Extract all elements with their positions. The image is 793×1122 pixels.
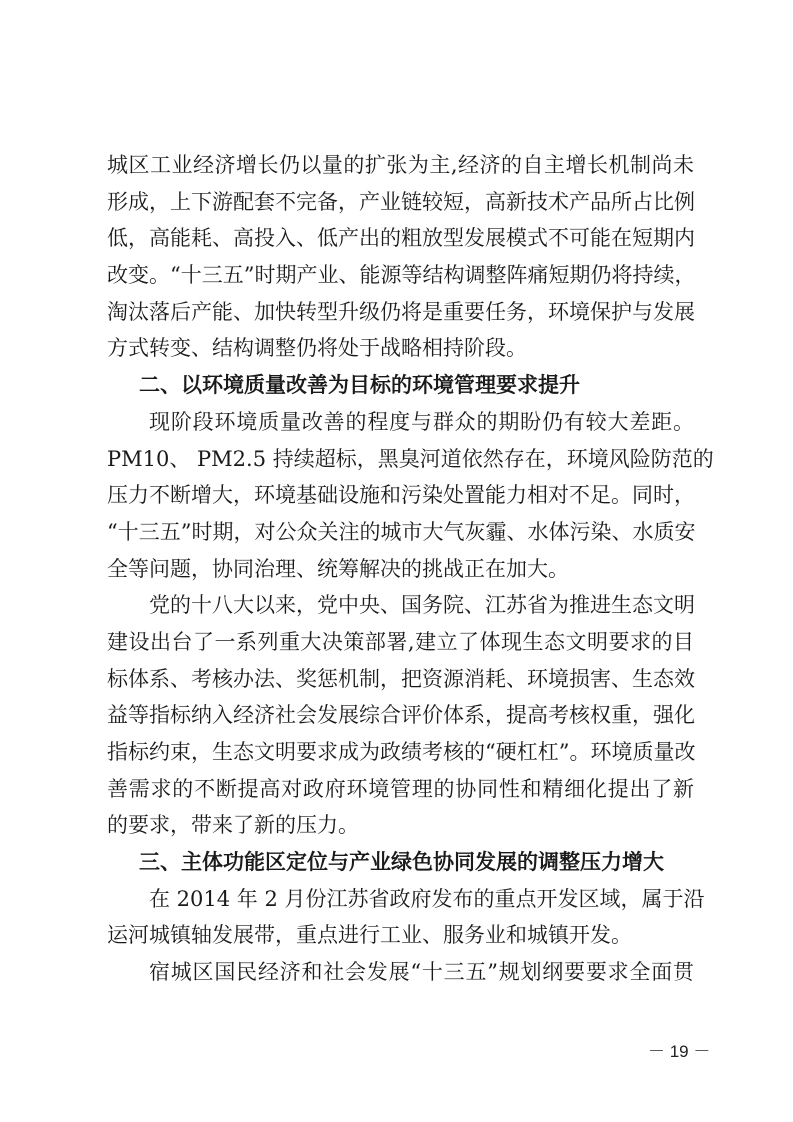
paragraph-line: 城区工业经济增长仍以量的扩张为主,经济的自主增长机制尚未 — [107, 147, 694, 184]
section-heading-2: 二、以环境质量改善为目标的环境管理要求提升 — [107, 367, 694, 404]
section-heading-3: 三、主体功能区定位与产业绿色协同发展的调整压力增大 — [107, 844, 694, 881]
paragraph-line: 压力不断增大，环境基础设施和污染处置能力相对不足。同时， — [107, 477, 694, 514]
paragraph-line: 益等指标纳入经济社会发展综合评价体系，提高考核权重，强化 — [107, 697, 694, 734]
paragraph-line: 淘汰落后产能、加快转型升级仍将是重要任务，环境保护与发展 — [107, 294, 694, 331]
paragraph-line: 建设出台了一系列重大决策部署,建立了体现生态文明要求的目 — [107, 624, 694, 661]
paragraph-line: 现阶段环境质量改善的程度与群众的期盼仍有较大差距。 — [107, 404, 694, 441]
paragraph-line: 形成，上下游配套不完备，产业链较短，高新技术产品所占比例 — [107, 184, 694, 221]
paragraph-line: 全等问题，协同治理、统筹解决的挑战正在加大。 — [107, 551, 694, 588]
paragraph-line: 宿城区国民经济和社会发展“十三五”规划纲要要求全面贯 — [107, 954, 694, 991]
paragraph-line: “十三五”时期，对公众关注的城市大气灰霾、水体污染、水质安 — [107, 514, 694, 551]
paragraph-line: 善需求的不断提高对政府环境管理的协同性和精细化提出了新 — [107, 771, 694, 808]
paragraph-line: 运河城镇轴发展带，重点进行工业、服务业和城镇开发。 — [107, 917, 694, 954]
paragraph-line: 的要求，带来了新的压力。 — [107, 807, 694, 844]
paragraph-line: 在 2014 年 2 月份江苏省政府发布的重点开发区域，属于沿 — [107, 881, 694, 918]
page-number: － 19 － — [648, 1037, 710, 1062]
paragraph-line: 低，高能耗、高投入、低产出的粗放型发展模式不可能在短期内 — [107, 220, 694, 257]
paragraph-line: 方式转变、结构调整仍将处于战略相持阶段。 — [107, 330, 694, 367]
paragraph-line: 改变。“十三五”时期产业、能源等结构调整阵痛短期仍将持续， — [107, 257, 694, 294]
paragraph-line: 指标约束，生态文明要求成为政绩考核的“硬杠杠”。环境质量改 — [107, 734, 694, 771]
paragraph-line: 党的十八大以来，党中央、国务院、江苏省为推进生态文明 — [107, 587, 694, 624]
document-body: 城区工业经济增长仍以量的扩张为主,经济的自主增长机制尚未 形成，上下游配套不完备… — [107, 147, 694, 991]
paragraph-line: 标体系、考核办法、奖惩机制，把资源消耗、环境损害、生态效 — [107, 661, 694, 698]
paragraph-line: PM10、 PM2.5 持续超标，黑臭河道依然存在，环境风险防范的 — [107, 441, 694, 478]
